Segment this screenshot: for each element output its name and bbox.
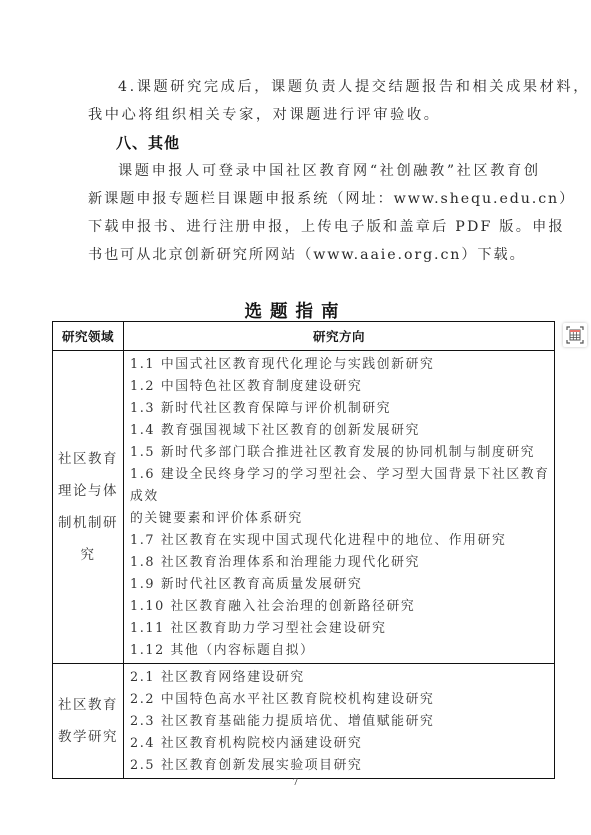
table-row: 社区教育 教学研究 2.1 社区教育网络建设研究 2.2 中国特色高水平社区教育… [53,664,555,779]
direction-item: 2.3 社区教育基础能力提质培优、增值赋能研究 [130,711,554,733]
direction-item: 1.11 社区教育助力学习型社会建设研究 [130,618,554,640]
area-line: 社区教育 [55,689,121,721]
area-line: 理论与体 [55,475,121,507]
table-extract-button[interactable] [563,323,587,347]
direction-item: 2.2 中国特色高水平社区教育院校机构建设研究 [130,689,554,711]
direction-item: 1.4 教育强国视域下社区教育的创新发展研究 [130,420,554,442]
direction-item: 1.7 社区教育在实现中国式现代化进程中的地位、作用研究 [130,530,554,552]
header-research-direction: 研究方向 [124,322,555,351]
header-research-area: 研究领域 [53,322,124,351]
direction-item: 2.1 社区教育网络建设研究 [130,667,554,689]
guide-title: 选题指南 [0,298,591,323]
direction-item: 1.2 中国特色社区教育制度建设研究 [130,376,554,398]
direction-item: 1.12 其他（内容标题自拟） [130,640,554,662]
page-number: 7 [0,778,591,788]
paragraph-item4-line2: 我中心将组织相关专家，对课题进行评审验收。 [88,104,441,124]
table-header-row: 研究领域 研究方向 [53,322,555,351]
direction-item: 1.1 中国式社区教育现代化理论与实践创新研究 [130,354,554,376]
paragraph-section8-line1: 课题申报人可登录中国社区教育网“社创融教”社区教育创 [118,160,541,180]
research-directions-cell: 2.1 社区教育网络建设研究 2.2 中国特色高水平社区教育院校机构建设研究 2… [124,664,555,779]
paragraph-item4-line1: 4.课题研究完成后，课题负责人提交结题报告和相关成果材料， [118,76,590,96]
direction-item: 1.8 社区教育治理体系和治理能力现代化研究 [130,552,554,574]
direction-item: 2.4 社区教育机构院校内涵建设研究 [130,733,554,755]
direction-item: 1.5 新时代多部门联合推进社区教育发展的协同机制与制度研究 [130,442,554,464]
paragraph-section8-line2: 新课题申报专题栏目课题申报系统（网址：www.shequ.edu.cn） [88,188,575,208]
research-directions-cell: 1.1 中国式社区教育现代化理论与实践创新研究 1.2 中国特色社区教育制度建设… [124,351,555,664]
table-extract-icon [563,323,587,347]
direction-item: 1.9 新时代社区教育高质量发展研究 [130,574,554,596]
paragraph-section8-line4: 书也可从北京创新研究所网站（www.aaie.org.cn）下载。 [88,244,526,264]
direction-item-continued: 的关键要素和评价体系研究 [130,508,554,530]
area-line: 教学研究 [55,721,121,753]
direction-item: 1.6 建设全民终身学习的学习型社会、学习型大国背景下社区教育成效 [130,464,554,508]
direction-item: 1.10 社区教育融入社会治理的创新路径研究 [130,596,554,618]
paragraph-section8-line3: 下载申报书、进行注册申报，上传电子版和盖章后 PDF 版。申报 [88,216,565,236]
table-row: 社区教育 理论与体 制机制研 究 1.1 中国式社区教育现代化理论与实践创新研究… [53,351,555,664]
direction-item: 2.5 社区教育创新发展实验项目研究 [130,755,554,777]
section-heading-other: 八、其他 [116,132,180,153]
topic-guide-table: 研究领域 研究方向 社区教育 理论与体 制机制研 究 1.1 中国式社区教育现代… [52,321,555,779]
research-area-cell: 社区教育 教学研究 [53,664,124,779]
research-area-cell: 社区教育 理论与体 制机制研 究 [53,351,124,664]
area-line: 究 [55,539,121,571]
area-line: 社区教育 [55,443,121,475]
direction-item: 1.3 新时代社区教育保障与评价机制研究 [130,398,554,420]
area-line: 制机制研 [55,507,121,539]
